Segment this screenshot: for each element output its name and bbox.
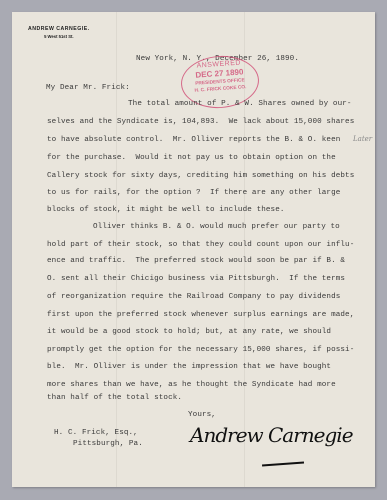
body-line: first upon the preferred stock whenever … bbox=[47, 311, 354, 319]
addressee-name: H. C. Frick, Esq., bbox=[54, 429, 138, 437]
body-line: to have absolute control. Mr. Olliver re… bbox=[47, 136, 340, 144]
body-line: than half of the total stock. bbox=[47, 394, 182, 402]
body-line: Olliver thinks B. & O. would much prefer… bbox=[93, 223, 340, 231]
letterhead-address: 5 West 51st St. bbox=[28, 34, 90, 39]
body-line: Callery stock for sixty days, crediting … bbox=[47, 172, 354, 180]
body-line: ence and traffic. The preferred stock wo… bbox=[47, 257, 345, 265]
salutation: My Dear Mr. Frick: bbox=[46, 84, 130, 92]
letterhead: ANDREW CARNEGIE. 5 West 51st St. bbox=[28, 26, 90, 39]
body-line: blocks of stock, it might be well to inc… bbox=[47, 206, 285, 214]
body-line: hold part of their stock, so that they c… bbox=[47, 241, 354, 249]
body-line: O. sent all their Chicigo business via P… bbox=[47, 275, 345, 283]
body-line: promptly get the option for the necessar… bbox=[47, 346, 354, 354]
body-line: selves and the Syndicate is, 104,893. We… bbox=[47, 118, 354, 126]
letterhead-name: ANDREW CARNEGIE. bbox=[28, 26, 90, 32]
closing: Yours, bbox=[188, 411, 216, 419]
body-line: it would be a good stock to hold; but, a… bbox=[47, 328, 331, 336]
body-line: for the purchase. Would it not pay us to… bbox=[47, 154, 336, 162]
body-line: more shares than we have, as he thought … bbox=[47, 381, 336, 389]
addressee-city: Pittsburgh, Pa. bbox=[73, 440, 143, 448]
handwritten-annotation: Later bbox=[353, 135, 372, 143]
body-line: The total amount of P. & W. Shares owned… bbox=[128, 100, 352, 108]
body-line: of reorganization require the Railroad C… bbox=[47, 293, 340, 301]
signature: Andrew Carnegie bbox=[190, 423, 353, 447]
body-line: ble. Mr. Olliver is under the impression… bbox=[47, 363, 331, 371]
body-line: to us for rails, for the option ? If the… bbox=[47, 189, 340, 197]
